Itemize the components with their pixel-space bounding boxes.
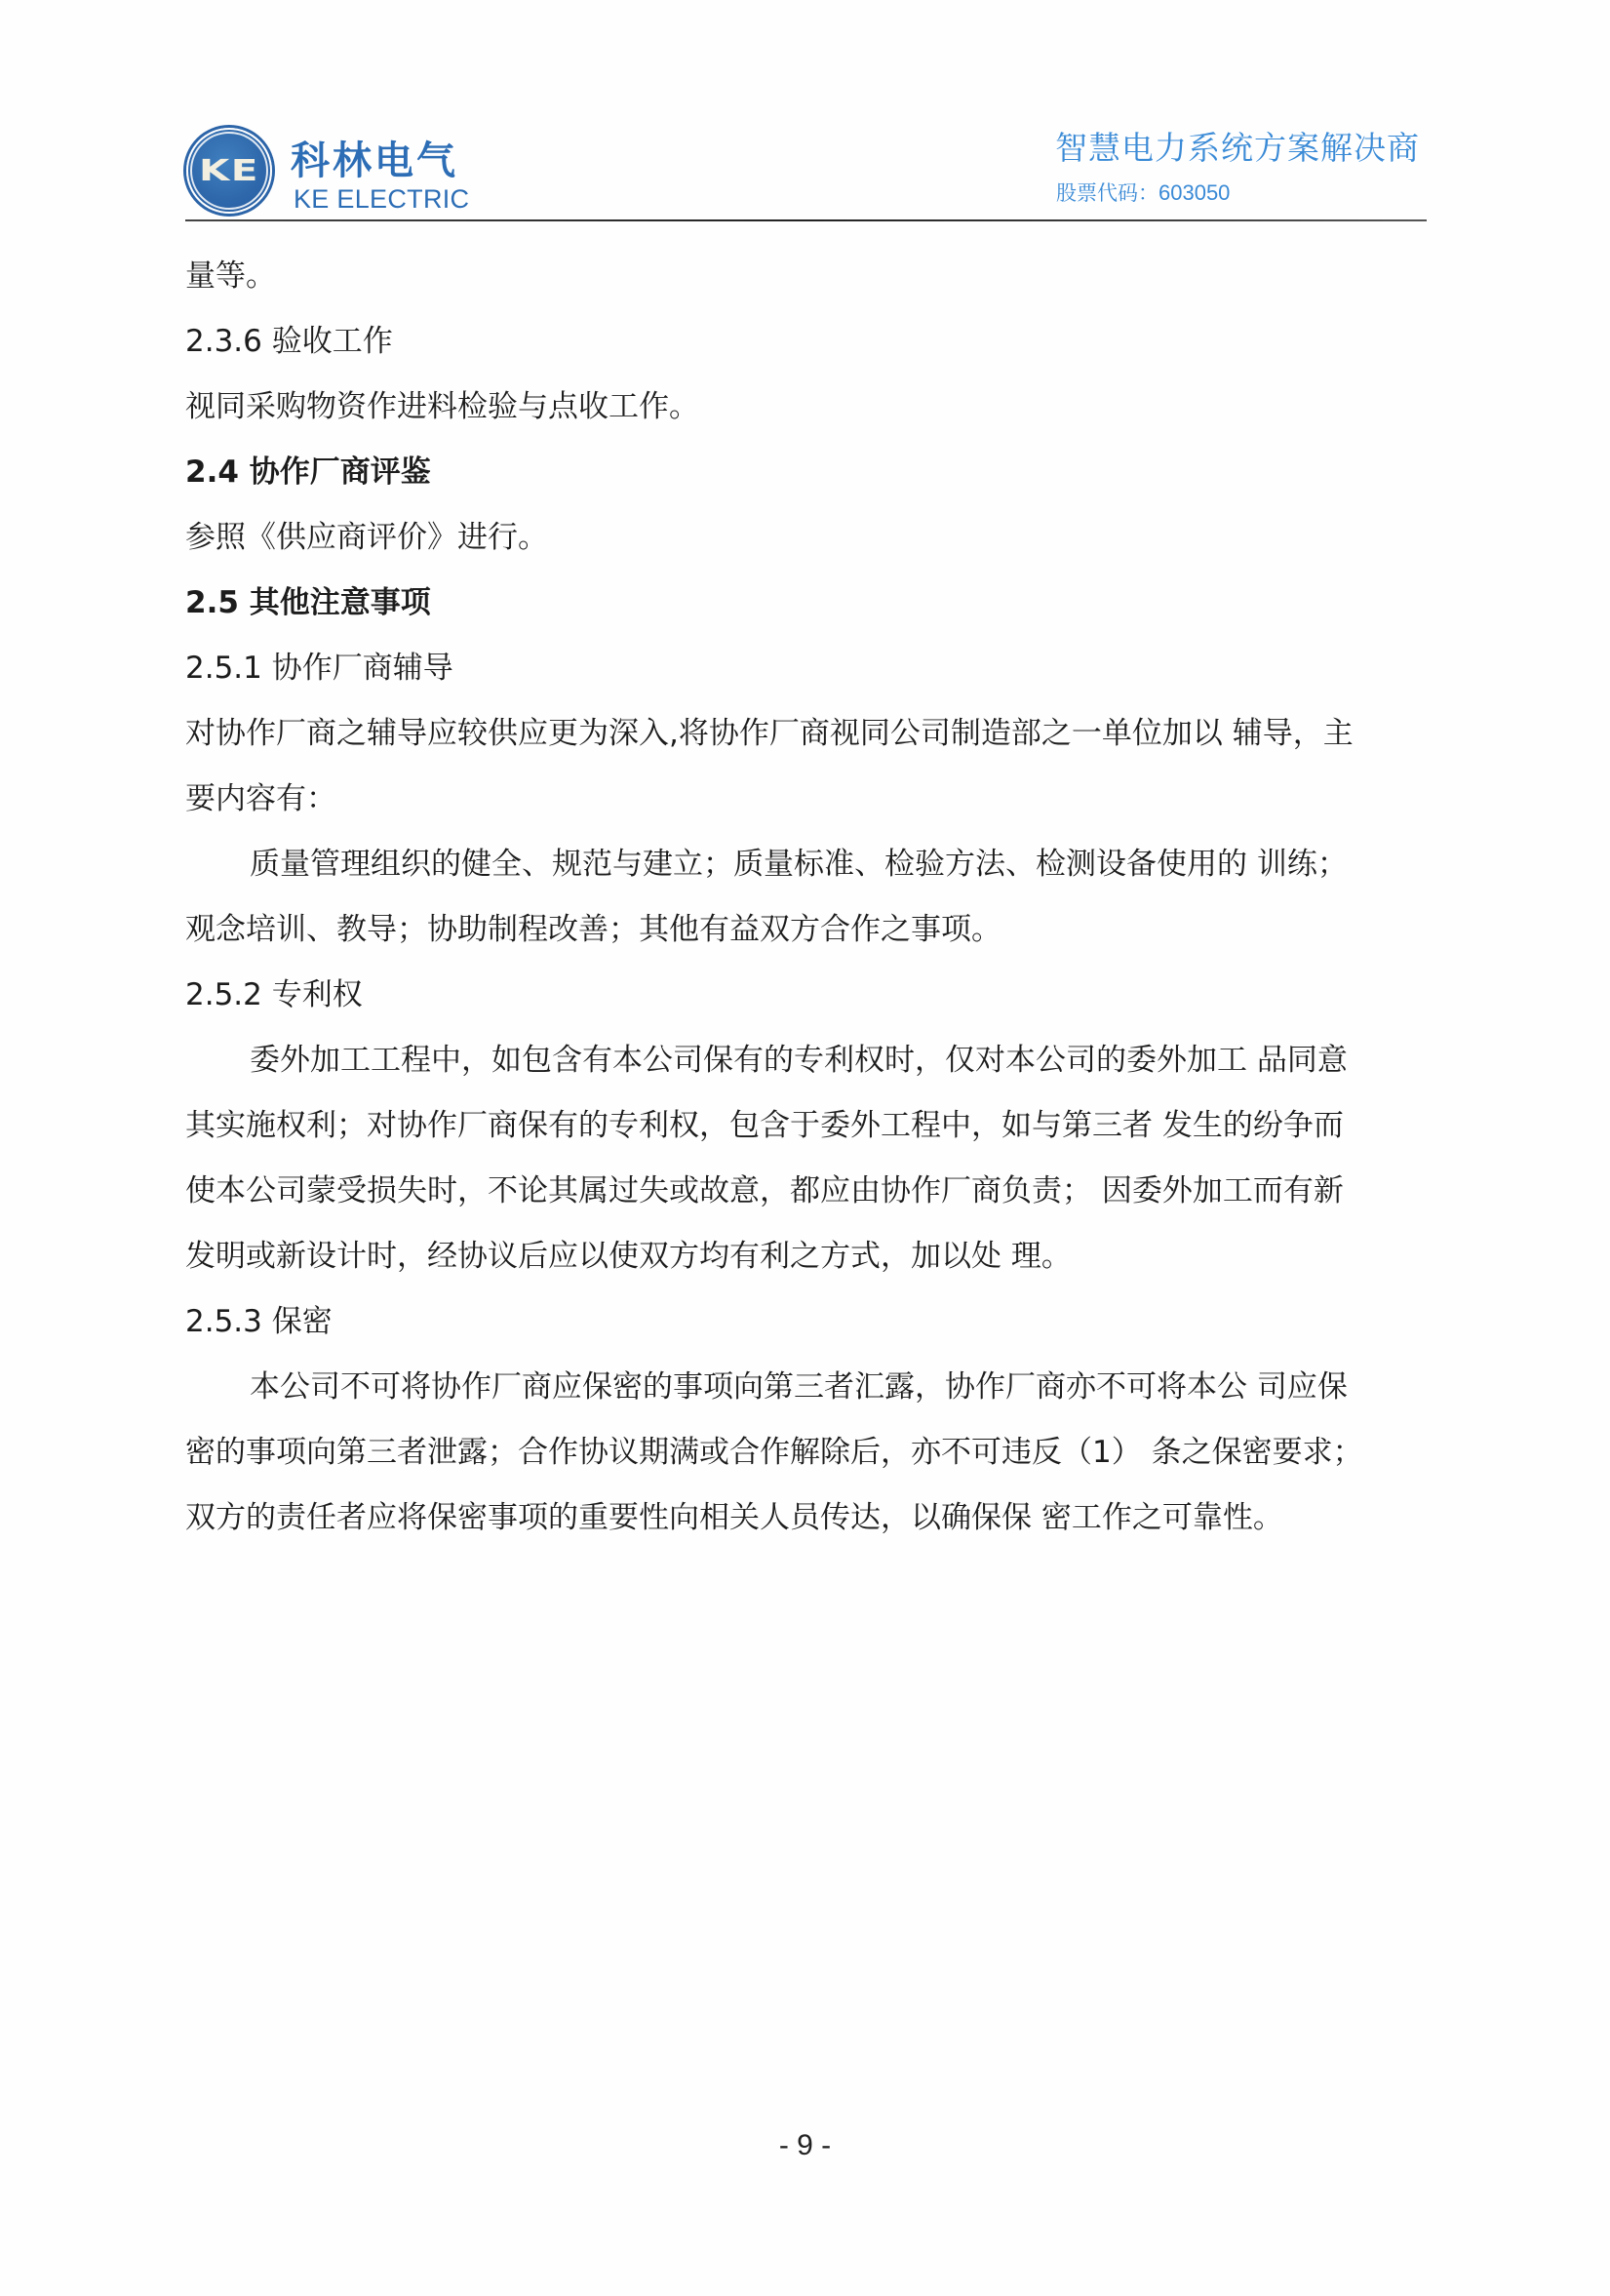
paragraph-line: 参照《供应商评价》进行。 bbox=[185, 505, 1429, 571]
stock-label: 股票代码： bbox=[1056, 181, 1158, 205]
paragraph-line: 质量管理组织的健全、规范与建立；质量标准、检验方法、检测设备使用的 训练； bbox=[185, 832, 1429, 897]
paragraph-line: 发明或新设计时，经协议后应以使双方均有利之方式，加以处 理。 bbox=[185, 1224, 1429, 1289]
paragraph-line: 视同采购物资作进料检验与点收工作。 bbox=[185, 375, 1429, 440]
subsection-heading-2-3-6: 2.3.6 验收工作 bbox=[185, 309, 1429, 375]
paragraph-line: 要内容有： bbox=[185, 767, 1429, 832]
header-slogan: 智慧电力系统方案解决商 bbox=[1055, 129, 1420, 168]
paragraph-line: 密的事项向第三者泄露；合作协议期满或合作解除后，亦不可违反（1） 条之保密要求； bbox=[185, 1420, 1429, 1485]
stock-code-line: 股票代码：603050 bbox=[1056, 179, 1230, 207]
page-number: - 9 - bbox=[0, 2129, 1610, 2162]
document-body: 量等。 2.3.6 验收工作 视同采购物资作进料检验与点收工作。 2.4 协作厂… bbox=[185, 244, 1429, 1551]
paragraph-line: 其实施权利；对协作厂商保有的专利权，包含于委外工程中，如与第三者 发生的纷争而 bbox=[185, 1093, 1429, 1159]
paragraph-line: 使本公司蒙受损失时，不论其属过失或故意，都应由协作厂商负责； 因委外加工而有新 bbox=[185, 1159, 1429, 1224]
brand-name-en: KE ELECTRIC bbox=[294, 184, 469, 214]
logo-mark: KE bbox=[199, 154, 259, 188]
paragraph-line: 双方的责任者应将保密事项的重要性向相关人员传达，以确保保 密工作之可靠性。 bbox=[185, 1485, 1429, 1551]
section-heading-2-4: 2.4 协作厂商评鉴 bbox=[185, 440, 1429, 505]
brand-name-cn: 科林电气 bbox=[291, 138, 458, 184]
subsection-heading-2-5-1: 2.5.1 协作厂商辅导 bbox=[185, 636, 1429, 701]
subsection-heading-2-5-3: 2.5.3 保密 bbox=[185, 1289, 1429, 1355]
stock-code: 603050 bbox=[1158, 180, 1230, 205]
document-page: KE 科林电气 KE ELECTRIC 智慧电力系统方案解决商 股票代码：603… bbox=[0, 0, 1610, 2296]
paragraph-line: 量等。 bbox=[185, 244, 1429, 309]
company-logo-icon: KE bbox=[186, 128, 272, 214]
paragraph-line: 对协作厂商之辅导应较供应更为深入,将协作厂商视同公司制造部之一单位加以 辅导，主 bbox=[185, 701, 1429, 767]
paragraph-line: 本公司不可将协作厂商应保密的事项向第三者汇露，协作厂商亦不可将本公 司应保 bbox=[185, 1355, 1429, 1420]
paragraph-line: 委外加工工程中，如包含有本公司保有的专利权时，仅对本公司的委外加工 品同意 bbox=[185, 1028, 1429, 1093]
paragraph-line: 观念培训、教导；协助制程改善；其他有益双方合作之事项。 bbox=[185, 897, 1429, 963]
subsection-heading-2-5-2: 2.5.2 专利权 bbox=[185, 963, 1429, 1028]
section-heading-2-5: 2.5 其他注意事项 bbox=[185, 571, 1429, 636]
header-divider bbox=[185, 219, 1427, 221]
